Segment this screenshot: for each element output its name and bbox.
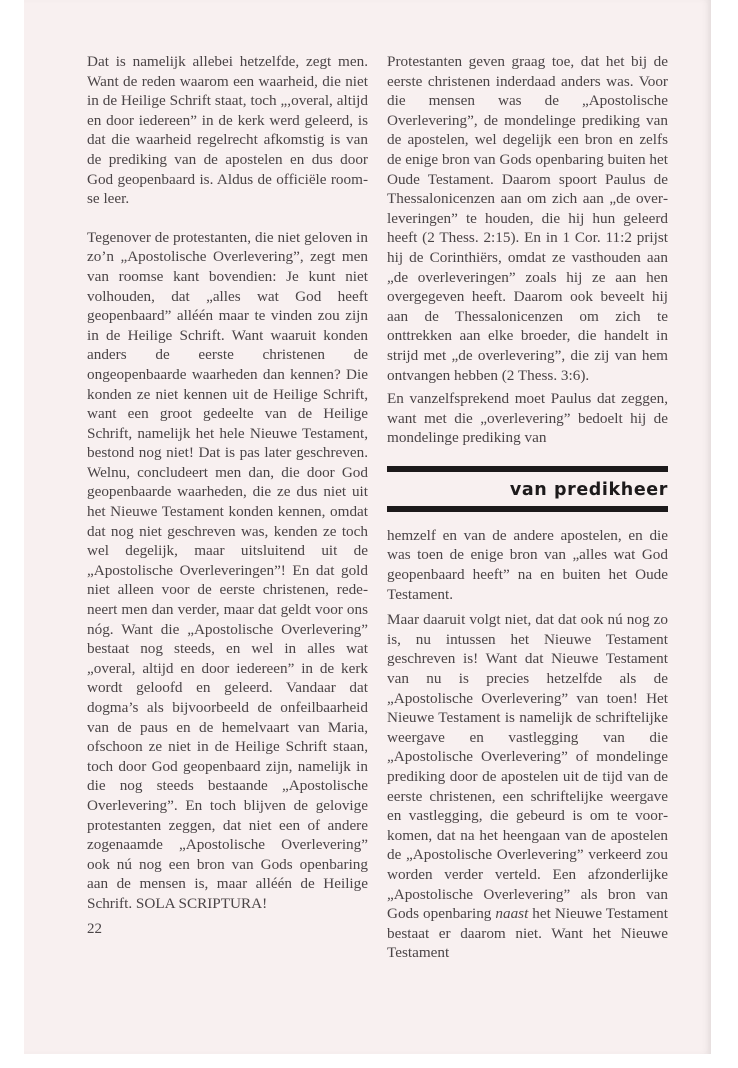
paragraph: Maar daaruit volgt niet, dat dat ook nú … xyxy=(387,610,668,963)
paragraph: hemzelf en van de andere apostelen, en d… xyxy=(387,526,668,604)
emphasis-naast: naast xyxy=(495,905,528,922)
left-column: Dat is namelijk allebei hetzelfde, zegt … xyxy=(87,52,368,939)
paragraph: En vanzelfsprekend moet Paulus dat zegge… xyxy=(387,389,668,448)
paragraph: Protestanten geven graag toe, dat het bi… xyxy=(387,52,668,385)
heading-title: van predikheer xyxy=(387,472,668,506)
heading-rule-bottom xyxy=(387,506,668,512)
paragraph: Tegenover de protestanten, die niet ge­l… xyxy=(87,228,368,914)
paragraph-text: Maar daaruit volgt niet, dat dat ook nú … xyxy=(387,611,668,922)
paragraph: Dat is namelijk allebei hetzelfde, zegt … xyxy=(87,52,368,209)
magazine-page: Dat is namelijk allebei hetzelfde, zegt … xyxy=(24,0,711,1054)
page-number: 22 xyxy=(87,920,368,940)
right-column: Protestanten geven graag toe, dat het bi… xyxy=(387,52,668,963)
section-heading: van predikheer xyxy=(387,466,668,512)
